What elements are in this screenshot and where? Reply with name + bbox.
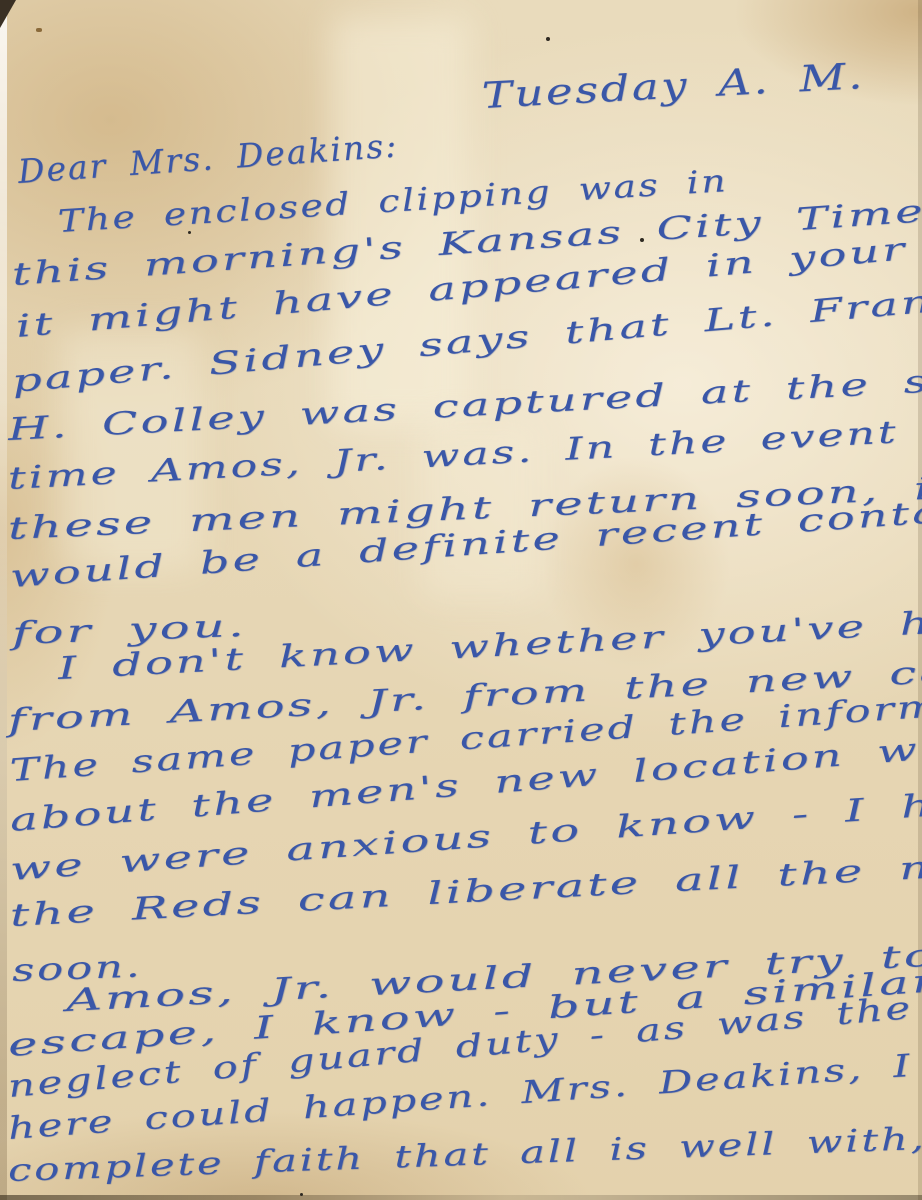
paper-mark	[36, 28, 42, 32]
letter-page: Tuesday A. M. Dear Mrs. Deakins: The enc…	[0, 0, 922, 1200]
scan-edge	[0, 0, 7, 1200]
ink-speck	[546, 37, 550, 41]
scan-corner	[0, 0, 16, 28]
dateline: Tuesday A. M.	[481, 56, 866, 117]
scan-edge	[0, 1195, 922, 1200]
ink-speck	[300, 1193, 303, 1196]
